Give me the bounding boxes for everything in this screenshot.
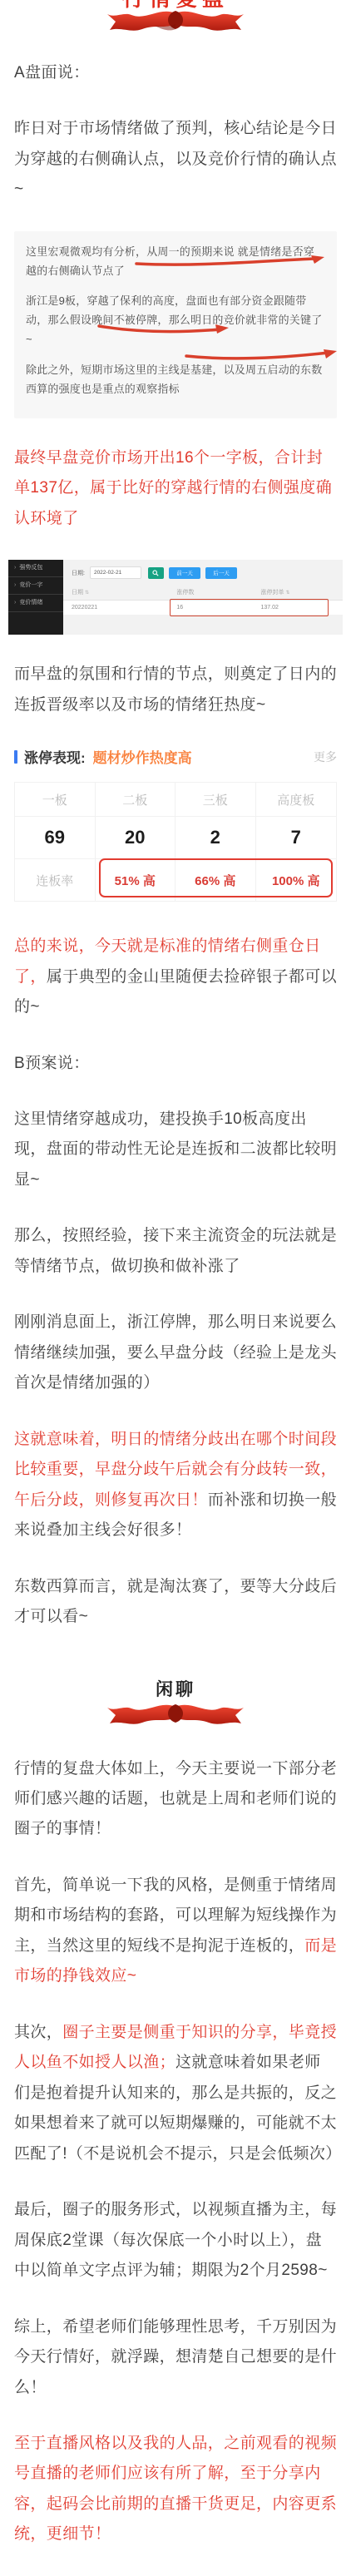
col-header: 三板	[175, 783, 256, 817]
count-value: 69	[15, 817, 96, 859]
para-b-3: 刚刚消息面上，浙江停牌，那么明日来说要么情绪继续加强，要么早盘分歧（经验上是龙头…	[14, 1308, 337, 1398]
chat-section-header: 闲聊	[14, 1676, 337, 1729]
ribbon-icon	[104, 7, 247, 36]
chevron-right-icon: ›	[14, 600, 16, 606]
count-value: 7	[256, 817, 337, 859]
card-subtitle: 题材炒作热度高	[93, 746, 192, 767]
para-a-1: 昨日对于市场情绪做了预判，核心结论是今日为穿越的右侧确认点，以及竞价行情的确认点…	[14, 114, 337, 205]
date-label: 日期:	[72, 569, 85, 577]
sort-icon: ⇅	[85, 591, 89, 596]
date-input: 2022-02-21	[90, 566, 141, 579]
screenshot-toolbar: 日期: 2022-02-21 前一天 后一天	[72, 566, 334, 579]
next-day-button: 后一天	[205, 567, 237, 579]
col-header: 高度板	[256, 783, 337, 817]
red-annotation-box	[170, 599, 329, 616]
cell-date: 20220221	[72, 605, 176, 611]
para-b-5: 东数西算而言，就是淘汰赛了，要等大分歧后才可以看~	[14, 1572, 337, 1633]
quote-para-2: 浙江是9板，穿越了保利的高度，盘面也有部分资金跟随带动，那么假设晚间不被停牌，那…	[26, 291, 325, 349]
sort-icon: ⇅	[286, 591, 290, 596]
para-b-4: 这就意味着，明日的情绪分歧出在哪个时间段比较重要，早盘分歧午后就会有分歧转一致，…	[14, 1425, 337, 1546]
para-morning: 而早盘的氛围和行情的节点，则奠定了日内的连扳晋级率以及市场的情绪狂热度~	[14, 660, 337, 720]
para-chat-3: 其次，圈子主要是侧重于知识的分享，毕竟授人以鱼不如授人以渔；这就意味着如果老师们…	[14, 2018, 337, 2169]
page-root: 行情复盘 A盘面说： 昨日对于市场情绪做了预判，核心结论是今日为穿越的右侧确认点…	[0, 0, 351, 2550]
para-summary: 总的来说，今天就是标准的情绪右侧重仓日了，属于典型的金山里随便去捡碎银子都可以的…	[14, 932, 337, 1022]
ribbon-icon	[104, 1701, 247, 1729]
chat-title: 闲聊	[14, 1676, 337, 1701]
sidebar-item: ›竞价一字	[8, 577, 63, 595]
para-chat-5: 综上，希望老师们能够理性思考，千万别因为今天行情好，就浮躁，想清楚自己想要的是什…	[14, 2312, 337, 2403]
chevron-right-icon: ›	[14, 565, 16, 571]
card-header: 涨停表现: 题材炒作热度高 更多	[14, 746, 337, 767]
screenshot-table-row: 20220221 16 137.02	[63, 601, 343, 615]
count-value: 20	[96, 817, 176, 859]
para-chat-4: 最后，圈子的服务形式，以视频直播为主，每周保底2堂课（每次保底一个小时以上），盘…	[14, 2195, 337, 2286]
rate-value: 100% 高	[256, 859, 337, 901]
card-title: 涨停表现:	[24, 746, 86, 767]
screenshot-sidebar: ›强势反包 ›竞价一字 ›竞价情绪	[8, 560, 63, 635]
sidebar-item: ›竞价情绪	[8, 595, 63, 612]
rate-label: 连板率	[15, 859, 96, 901]
screenshot-main: 日期: 2022-02-21 前一天 后一天 日期⇅ 涨停数 涨停封单⇅ 202…	[63, 560, 343, 635]
quote-para-3: 除此之外，短期市场这里的主线是基建，以及周五启动的东数西算的强度也是重点的观察指…	[26, 360, 325, 398]
section-marker	[14, 750, 17, 764]
col-header: 二板	[96, 783, 176, 817]
quote-box: 这里宏观微观均有分析，从周一的预期来说 就是情绪是否穿越的右侧确认节点了 浙江是…	[14, 231, 337, 418]
quote-para-1: 这里宏观微观均有分析，从周一的预期来说 就是情绪是否穿越的右侧确认节点了	[26, 242, 325, 280]
screenshot-table-header: 日期⇅ 涨停数 涨停封单⇅	[72, 588, 334, 596]
para-a-label: A盘面说：	[14, 58, 337, 88]
search-icon	[152, 570, 159, 576]
chevron-right-icon: ›	[14, 582, 16, 588]
embedded-screenshot-image[interactable]: ›强势反包 ›竞价一字 ›竞价情绪 日期: 2022-02-21 前一天 后一天…	[8, 560, 343, 635]
search-button	[148, 567, 164, 579]
col-header: 一板	[15, 783, 96, 817]
limit-up-table: 一板 二板 三板 高度板 69 20 2 7 连板率 51% 高 66% 高 1…	[14, 782, 337, 902]
para-b-label: B预案说：	[14, 1049, 337, 1079]
page-title: 行情复盘	[0, 0, 351, 9]
count-value: 2	[175, 817, 256, 859]
limit-up-performance-card: 涨停表现: 题材炒作热度高 更多 一板 二板 三板 高度板 69 20 2 7 …	[14, 746, 337, 902]
para-chat-1: 行情的复盘大体如上，今天主要说一下部分老师们感兴趣的话题，也就是上周和老师们说的…	[14, 1754, 337, 1845]
top-banner: 行情复盘	[0, 0, 351, 38]
sidebar-item: ›强势反包	[8, 560, 63, 577]
para-b-2: 那么，按照经验，接下来主流资金的玩法就是等情绪节点，做切换和做补涨了	[14, 1221, 337, 1282]
more-link[interactable]: 更多	[314, 749, 337, 765]
prev-day-button: 前一天	[169, 567, 200, 579]
rate-value: 66% 高	[175, 859, 256, 901]
para-auction-result: 最终早盘竞价市场开出16个一字板，合计封单137亿，属于比好的穿越行情的右侧强度…	[14, 443, 337, 534]
para-chat-2: 首先，简单说一下我的风格，是侧重于情绪周期和市场结构的套路，可以理解为短线操作为…	[14, 1871, 337, 1992]
para-b-1: 这里情绪穿越成功，建投换手10板高度出现，盘面的带动性无论是连扳和二波都比较明显…	[14, 1105, 337, 1195]
para-chat-6: 至于直播风格以及我的人品，之前观看的视频号直播的老师们应该有所了解，至于分享内容…	[14, 2429, 337, 2550]
rate-value: 51% 高	[96, 859, 176, 901]
